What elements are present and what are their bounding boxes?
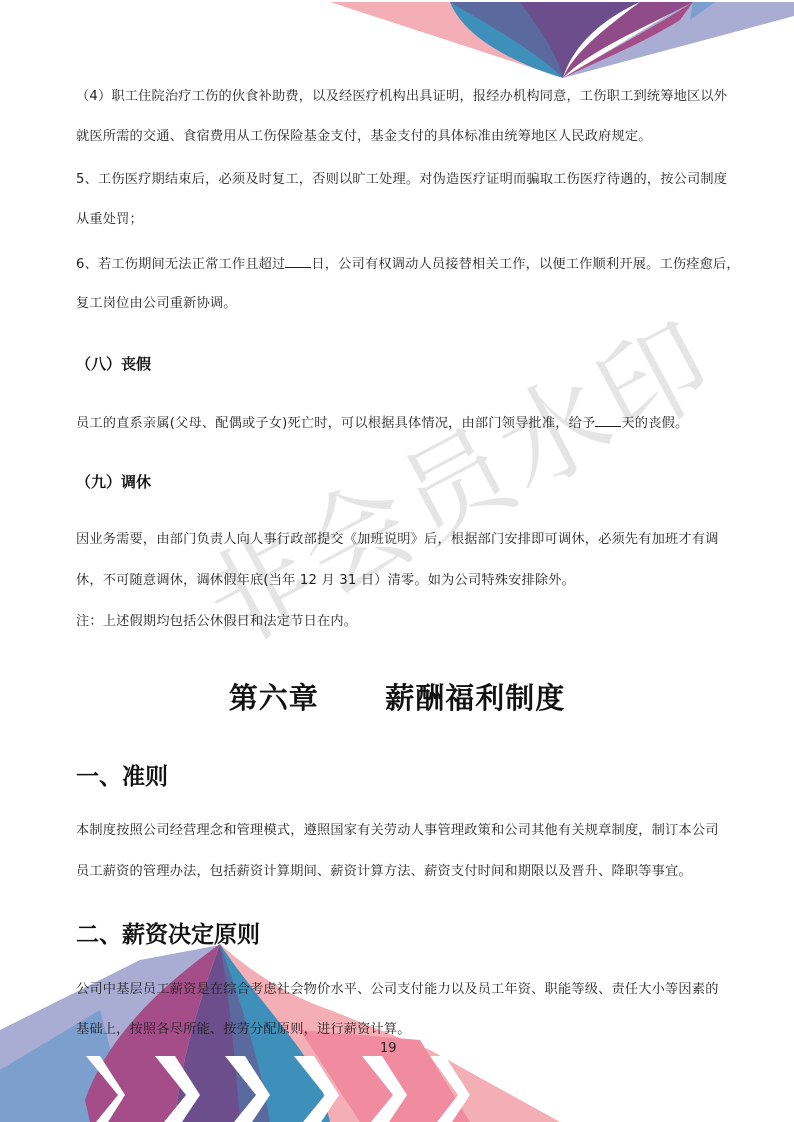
paragraph-4-line-1: （4）职工住院治疗工伤的伙食补助费，以及经医疗机构出具证明，报经办机构同意，工伤… <box>76 89 727 105</box>
chapter-title: 第六章 薪酬福利制度 <box>0 676 794 717</box>
paragraph-4-line-2: 就医所需的交通、食宿费用从工伤保险基金支付，基金支付的具体标准由统筹地区人民政府… <box>76 129 652 145</box>
blank-days-field <box>595 414 621 427</box>
paragraph-5-line-1: 5、工伤医疗期结束后，必须及时复工，否则以旷工处理。对伪造医疗证明而骗取工伤医疗… <box>76 172 727 188</box>
section-1-line-1: 本制度按照公司经营理念和管理模式，遵照国家有关劳动人事管理政策和公司其他有关规章… <box>76 823 719 839</box>
paragraph-6-line-1: 6、若工伤期间无法正常工作且超过日，公司有权调动人员接替相关工作，以便工作顺利开… <box>76 255 740 273</box>
paragraph-6-line-2: 复工岗位由公司重新协调。 <box>76 296 237 312</box>
section-9-note: 注：上述假期均包括公休假日和法定节日在内。 <box>76 614 357 630</box>
section-8-text-a: 员工的直系亲属(父母、配偶或子女)死亡时，可以根据具体情况，由部门领导批准，给予 <box>76 416 595 431</box>
section-8-body: 员工的直系亲属(父母、配偶或子女)死亡时，可以根据具体情况，由部门领导批准，给予… <box>76 414 688 432</box>
section-1-heading: 一、准则 <box>76 758 168 791</box>
section-1-line-2: 员工薪资的管理办法，包括薪资计算期间、薪资计算方法、薪资支付时间和期限以及晋升、… <box>76 864 692 880</box>
header-decoration <box>0 0 794 80</box>
section-8-heading: （八）丧假 <box>76 353 151 374</box>
section-8-text-b: 天的丧假。 <box>621 416 688 431</box>
section-9-heading: （九）调休 <box>76 471 151 492</box>
paragraph-6-text-a: 6、若工伤期间无法正常工作且超过 <box>76 257 285 272</box>
section-2-heading: 二、薪资决定原则 <box>76 916 260 949</box>
section-2-line-2: 基础上，按照各尽所能、按劳分配原则，进行薪资计算。 <box>76 1022 411 1038</box>
blank-days-field <box>285 255 311 268</box>
paragraph-6-text-b: 日，公司有权调动人员接替相关工作，以便工作顺利开展。工伤痊愈后， <box>311 257 739 272</box>
section-9-line-1: 因业务需要，由部门负责人向人事行政部提交《加班说明》后，根据部门安排即可调休，必… <box>76 532 719 548</box>
section-2-line-1: 公司中基层员工薪资是在综合考虑社会物价水平、公司支付能力以及员工年资、职能等级、… <box>76 982 719 998</box>
paragraph-5-line-2: 从重处罚； <box>76 212 143 228</box>
section-9-line-2: 休，不可随意调休，调休假年底(当年 12 月 31 日）清零。如为公司特殊安排除… <box>76 573 575 589</box>
page-number: 19 <box>380 1041 397 1056</box>
